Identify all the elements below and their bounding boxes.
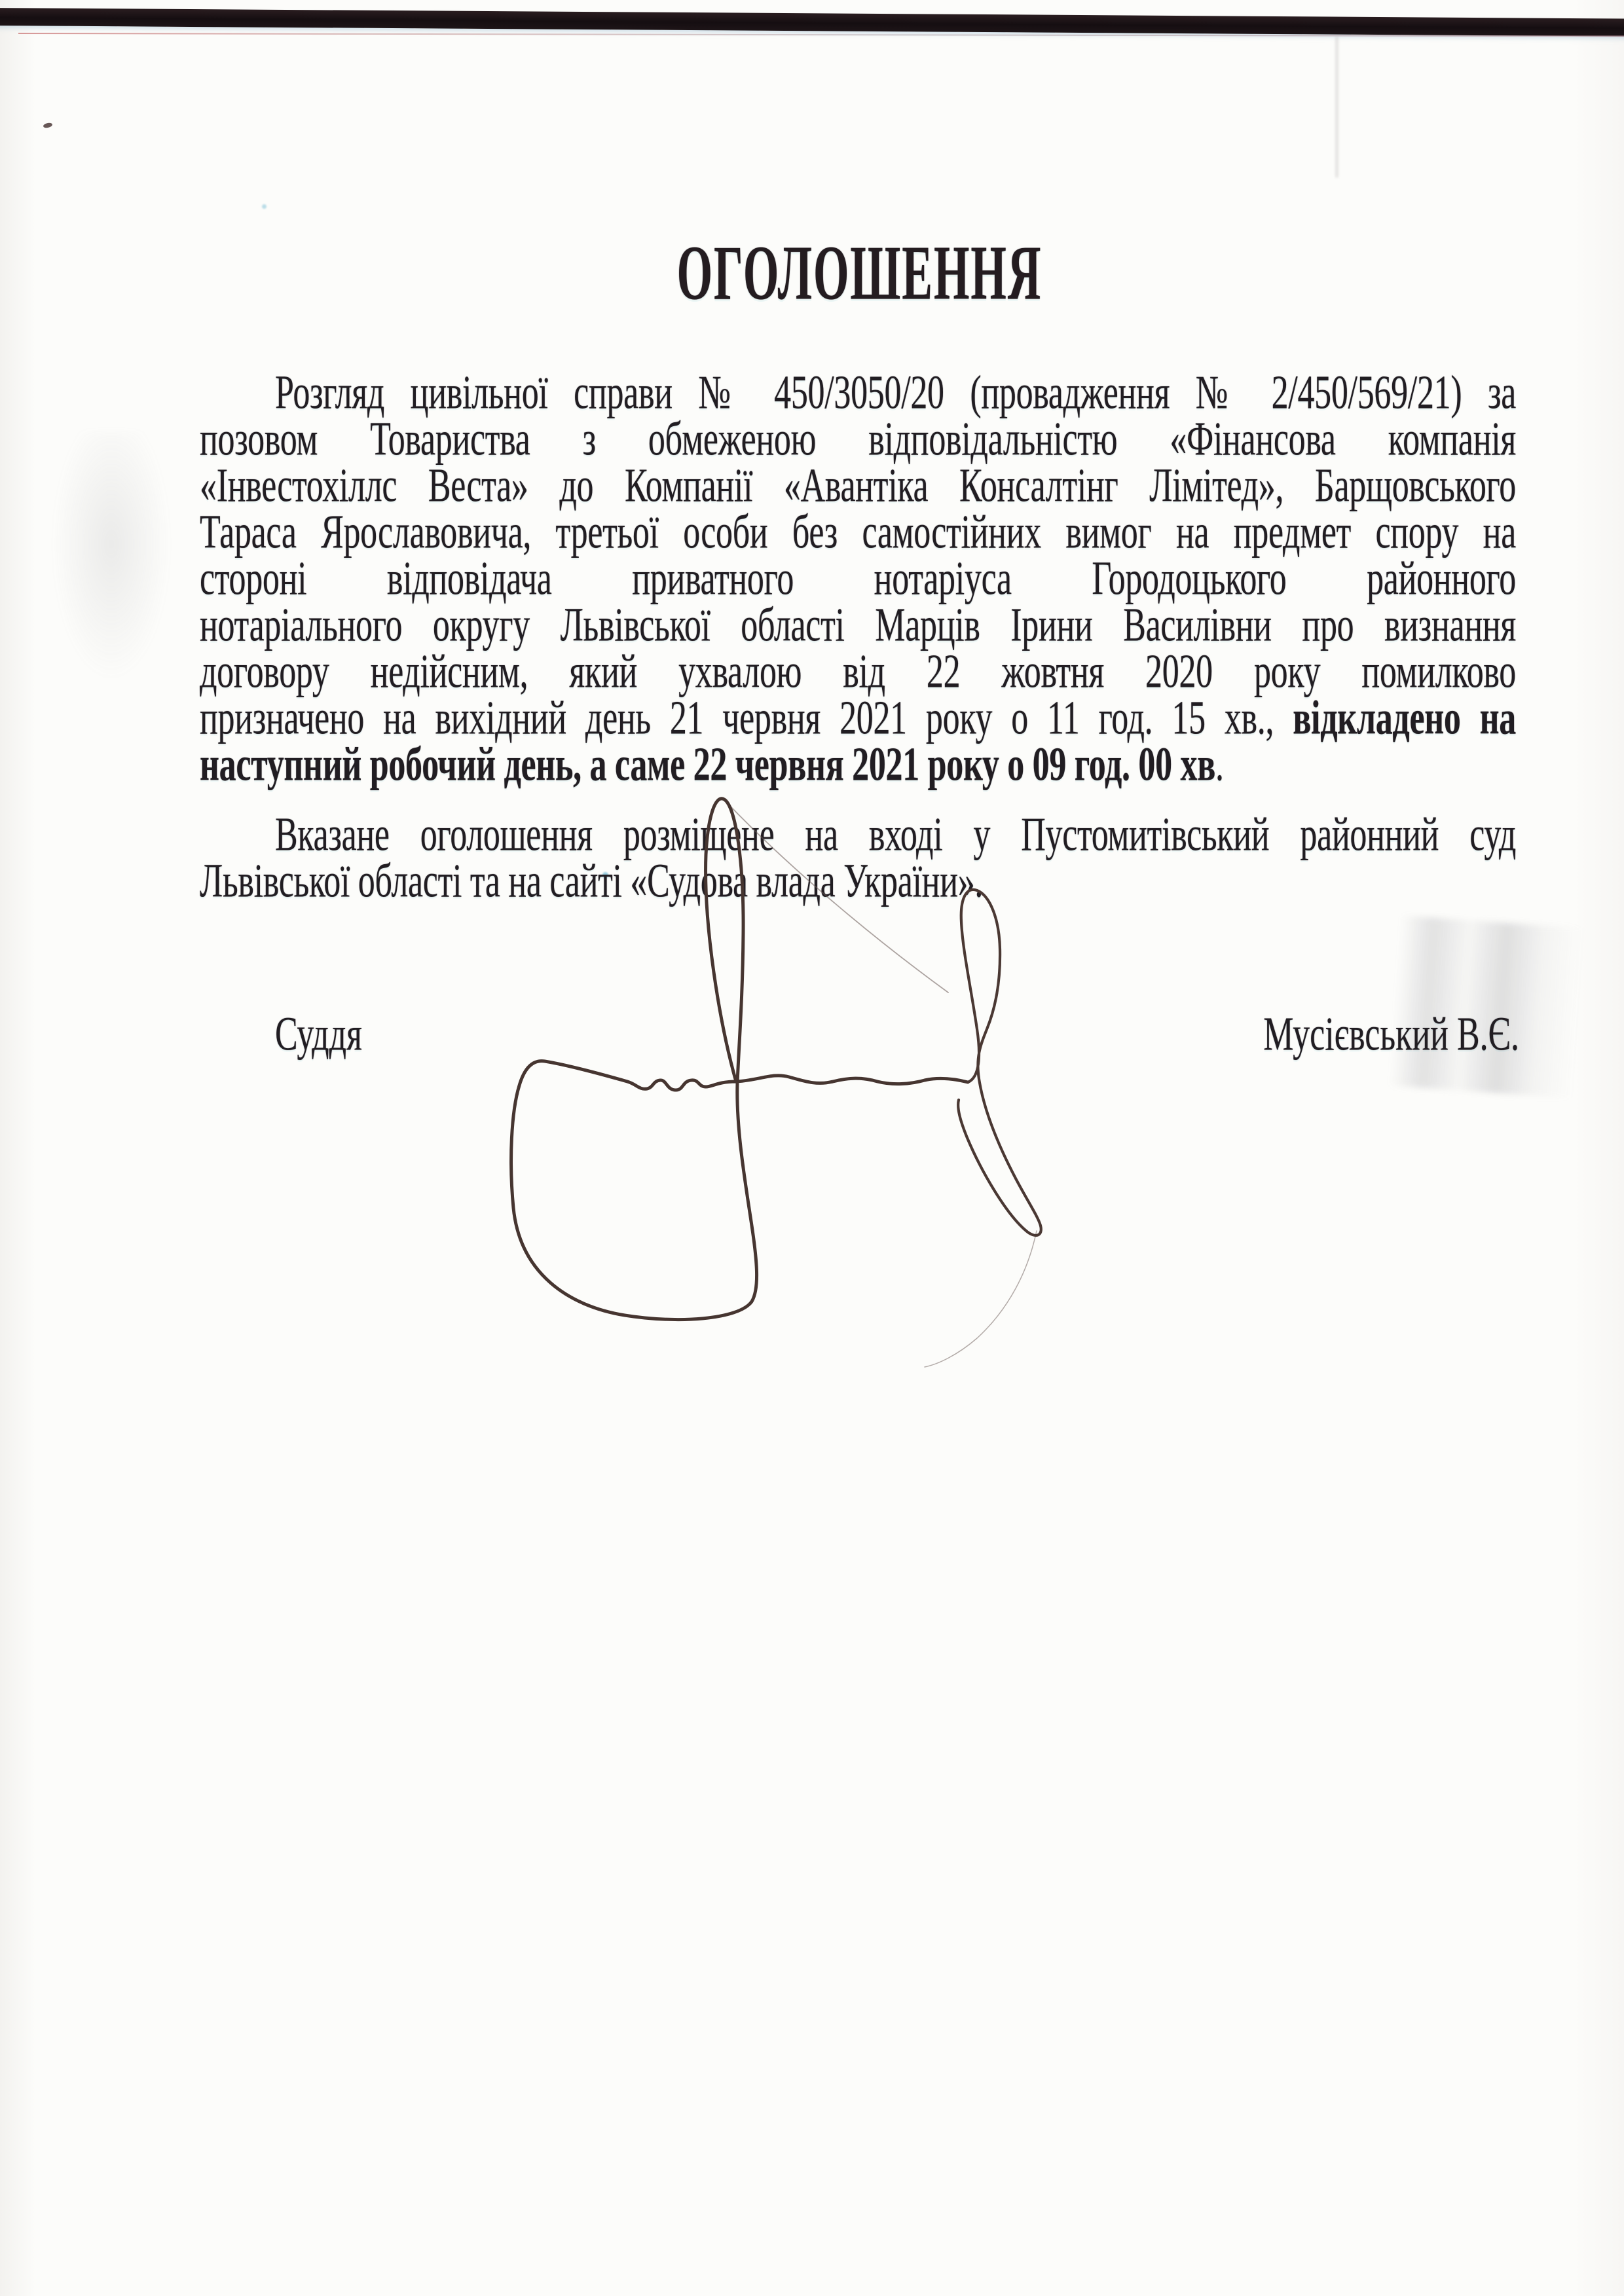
announcement-placement-paragraph: Вказане оголошення розміщене на вході у … [200, 812, 1516, 905]
announcement-body-paragraph: Розгляд цивільної справи № 450/3050/20 (… [200, 370, 1516, 788]
ink-speck-artifact [43, 122, 52, 129]
signature-row: Суддя Мусієвський В.Є. [200, 1011, 1519, 1058]
scanner-edge-band [0, 8, 1624, 37]
handwritten-signature [0, 0, 1624, 2296]
text-line: наступний робочий день, а саме 22 червня… [200, 742, 1516, 788]
scanned-court-announcement-page: ОГОЛОШЕННЯ Розгляд цивільної справи № 45… [0, 0, 1624, 2296]
scan-streak-artifact [1336, 37, 1338, 177]
paper-smudge-left [52, 432, 170, 681]
text-line: Львівської області та на сайті «Судова в… [200, 858, 1516, 905]
judge-role-label: Суддя [200, 1002, 362, 1067]
document-title: ОГОЛОШЕННЯ [200, 219, 1519, 330]
scan-color-speck [262, 204, 267, 209]
judge-name: Мусієвський В.Є. [1263, 1002, 1519, 1067]
